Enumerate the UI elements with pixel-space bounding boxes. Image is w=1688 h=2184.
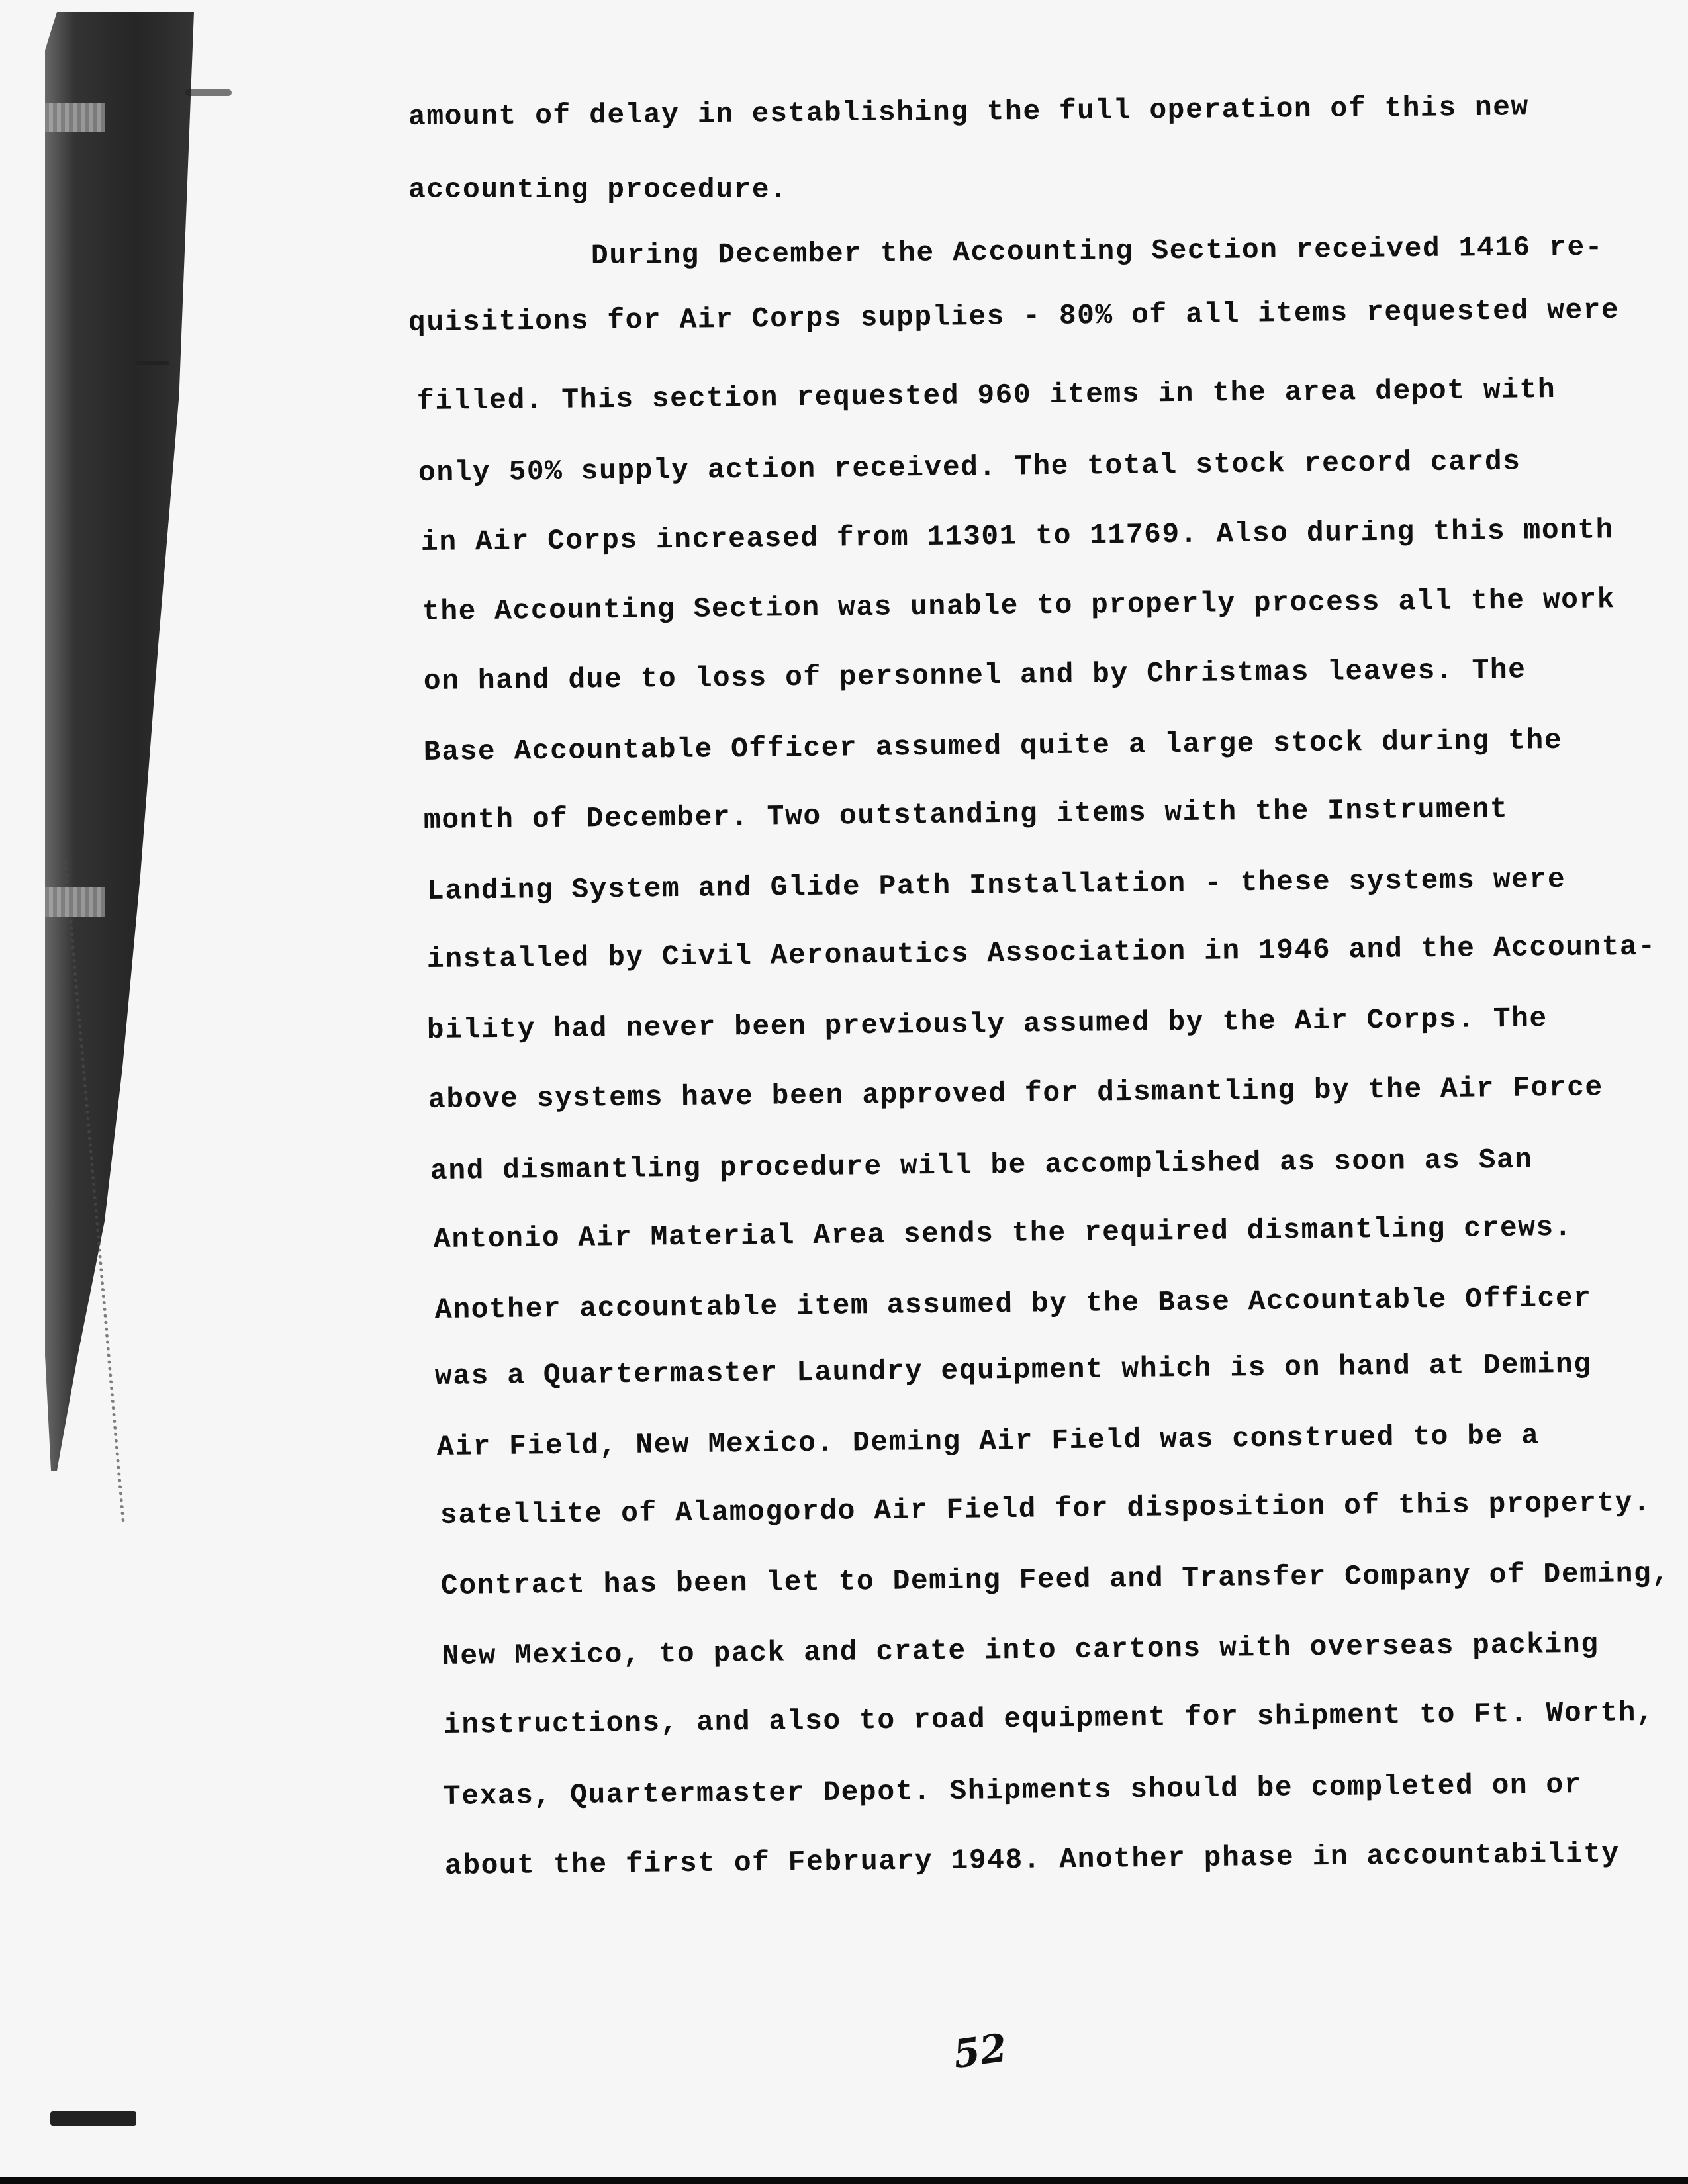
redaction-mark-middle bbox=[45, 887, 105, 917]
text-line: above systems have been approved for dis… bbox=[428, 1071, 1603, 1116]
margin-tick bbox=[136, 361, 169, 365]
text-line: accounting procedure. bbox=[408, 173, 788, 206]
text-line: and dismantling procedure will be accomp… bbox=[430, 1144, 1533, 1187]
text-line: installed by Civil Aeronautics Associati… bbox=[427, 931, 1656, 976]
bottom-ink-blot bbox=[50, 2111, 136, 2126]
text-line: amount of delay in establishing the full… bbox=[408, 91, 1529, 133]
redaction-mark-top bbox=[45, 103, 105, 132]
text-line: Antonio Air Material Area sends the requ… bbox=[434, 1211, 1573, 1255]
scanned-page: amount of delay in establishing the full… bbox=[0, 0, 1688, 2184]
margin-smudge bbox=[185, 89, 232, 96]
text-line: on hand due to loss of personnel and by … bbox=[424, 654, 1526, 698]
text-line: in Air Corps increased from 11301 to 117… bbox=[421, 514, 1614, 559]
text-line: New Mexico, to pack and crate into carto… bbox=[442, 1628, 1599, 1672]
text-line: the Accounting Section was unable to pro… bbox=[422, 583, 1615, 628]
text-line: only 50% supply action received. The tot… bbox=[418, 445, 1521, 489]
text-line: satellite of Alamogordo Air Field for di… bbox=[440, 1486, 1652, 1531]
text-line: bility had never been previously assumed… bbox=[427, 1002, 1548, 1046]
text-line: about the first of February 1948. Anothe… bbox=[445, 1837, 1620, 1882]
text-line: Base Accountable Officer assumed quite a… bbox=[424, 724, 1563, 768]
text-line: was a Quartermaster Laundry equipment wh… bbox=[435, 1348, 1592, 1392]
text-line: Landing System and Glide Path Installati… bbox=[427, 863, 1566, 907]
text-line: Another accountable item assumed by the … bbox=[435, 1282, 1592, 1326]
binding-shadow bbox=[45, 12, 194, 1931]
text-line: filled. This section requested 960 items… bbox=[417, 373, 1556, 418]
text-line: instructions, and also to road equipment… bbox=[444, 1696, 1655, 1741]
text-line: Air Field, New Mexico. Deming Air Field … bbox=[437, 1420, 1540, 1463]
text-line: Texas, Quartermaster Depot. Shipments sh… bbox=[444, 1768, 1583, 1813]
text-line: quisitions for Air Corps supplies - 80% … bbox=[408, 294, 1620, 339]
text-line: During December the Accounting Section r… bbox=[591, 231, 1603, 272]
text-line: month of December. Two outstanding items… bbox=[424, 793, 1509, 837]
page-number: 52 bbox=[951, 2025, 1009, 2077]
text-line: Contract has been let to Deming Feed and… bbox=[441, 1557, 1670, 1602]
scan-bottom-edge bbox=[0, 2177, 1688, 2184]
